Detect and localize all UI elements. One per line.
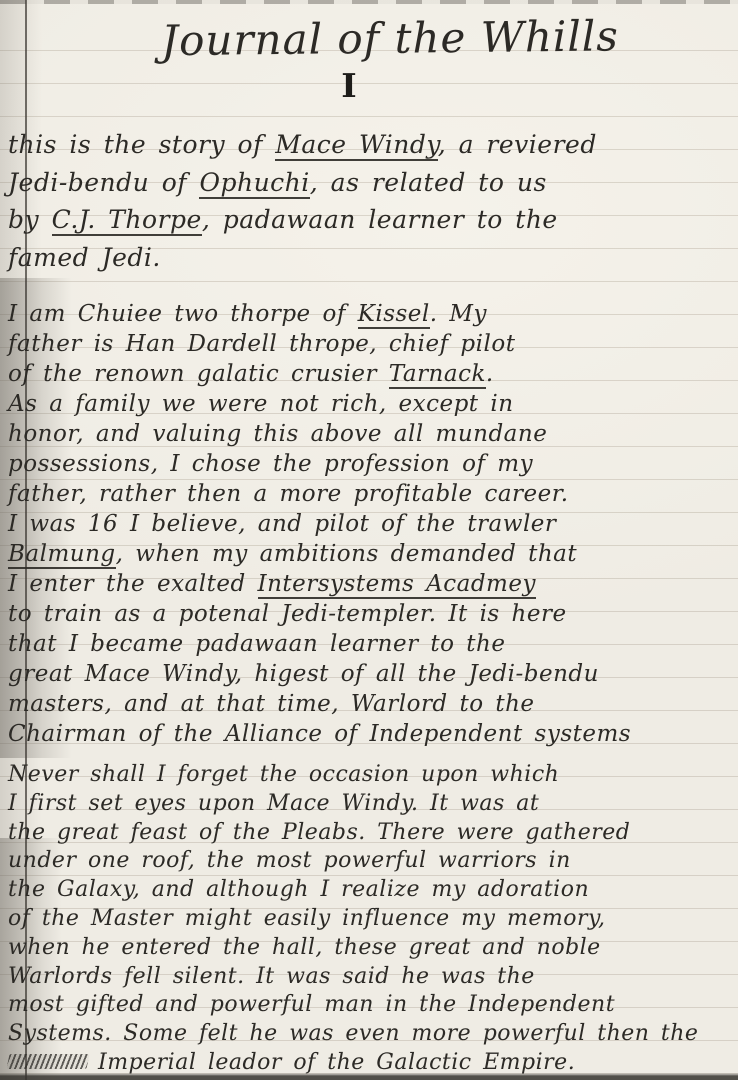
handwritten-line: I enter the exalted Intersystems Acadmey — [8, 569, 736, 599]
paragraph-feast-of-pleabs: Never shall I forget the occasion upon w… — [8, 761, 736, 1078]
handwritten-line: the Galaxy, and although I realize my ad… — [8, 876, 736, 905]
handwritten-line: Balmung, when my ambitions demanded that — [8, 539, 736, 569]
text-segment: I am Chuiee two thorpe of — [8, 301, 358, 327]
handwritten-line: I first set eyes upon Mace Windy. It was… — [8, 790, 736, 819]
handwritten-line: father is Han Dardell thrope, chief pilo… — [8, 329, 736, 359]
text-segment: of the Master might easily influence my … — [8, 906, 605, 931]
chapter-numeral: I — [0, 66, 700, 105]
text-segment: under one roof, the most powerful warrio… — [8, 848, 571, 873]
top-scan-artifact — [0, 0, 738, 4]
handwritten-line: most gifted and powerful man in the Inde… — [8, 991, 736, 1020]
underlined-text: Tarnack — [389, 361, 486, 389]
text-segment: possessions, I chose the profession of m… — [8, 451, 533, 477]
journal-page: Journal of the Whills I this is the stor… — [0, 0, 738, 1080]
page-title: Journal of the Whills — [0, 10, 738, 67]
text-segment: of the renown galatic crusier — [8, 361, 389, 387]
text-segment: by — [8, 205, 52, 234]
handwritten-line: Warlords fell silent. It was said he was… — [8, 963, 736, 992]
text-segment: when he entered the hall, these great an… — [8, 935, 601, 960]
handwritten-line: that I became padawaan learner to the — [8, 629, 736, 659]
handwritten-line: to train as a potenal Jedi-templer. It i… — [8, 599, 736, 629]
handwritten-line: Never shall I forget the occasion upon w… — [8, 761, 736, 790]
text-segment: , a reviered — [438, 130, 597, 159]
underlined-text: Intersystems Acadmey — [258, 571, 536, 599]
paragraph-narrator-history: I am Chuiee two thorpe of Kissel. Myfath… — [8, 299, 736, 749]
handwritten-line: famed Jedi. — [8, 239, 736, 277]
handwritten-line: the great feast of the Pleabs. There wer… — [8, 819, 736, 848]
text-segment: Chairman of the Alliance of Independent … — [8, 721, 631, 747]
handwritten-line: masters, and at that time, Warlord to th… — [8, 689, 736, 719]
handwritten-line: Systems. Some felt he was even more powe… — [8, 1020, 736, 1049]
handwritten-line: under one roof, the most powerful warrio… — [8, 847, 736, 876]
paragraph-introduction: this is the story of Mace Windy, a revie… — [8, 126, 736, 276]
text-segment: I was 16 I believe, and pilot of the tra… — [8, 511, 556, 537]
text-segment: Jedi-bendu of — [8, 168, 199, 197]
text-segment: great Mace Windy, higest of all the Jedi… — [8, 661, 599, 687]
text-segment: Warlords fell silent. It was said he was… — [8, 964, 535, 989]
text-segment: Systems. Some felt he was even more powe… — [8, 1021, 698, 1046]
underlined-text: Kissel — [358, 301, 430, 329]
text-segment: I first set eyes upon Mace Windy. It was… — [8, 791, 539, 816]
handwritten-line: Imperial leador of the Galactic Empire. — [8, 1049, 736, 1078]
text-segment: honor, and valuing this above all mundan… — [8, 421, 547, 447]
text-segment: As a family we were not rich, except in — [8, 391, 514, 417]
text-segment: , padawaan learner to the — [202, 205, 558, 234]
handwritten-line: Chairman of the Alliance of Independent … — [8, 719, 736, 749]
handwritten-line: As a family we were not rich, except in — [8, 389, 736, 419]
handwritten-line: by C.J. Thorpe, padawaan learner to the — [8, 201, 736, 239]
text-segment: famed Jedi. — [8, 243, 161, 272]
handwritten-line: of the Master might easily influence my … — [8, 905, 736, 934]
text-segment: . — [486, 361, 494, 387]
handwritten-line: great Mace Windy, higest of all the Jedi… — [8, 659, 736, 689]
text-segment: , as related to us — [310, 168, 547, 197]
text-segment: most gifted and powerful man in the Inde… — [8, 992, 615, 1017]
text-segment: father, rather then a more profitable ca… — [8, 481, 569, 507]
text-segment: this is the story of — [8, 130, 275, 159]
handwritten-line: Jedi-bendu of Ophuchi, as related to us — [8, 164, 736, 202]
handwritten-line: honor, and valuing this above all mundan… — [8, 419, 736, 449]
underlined-text: Ophuchi — [199, 168, 309, 199]
handwritten-line: when he entered the hall, these great an… — [8, 934, 736, 963]
text-segment: Imperial leador of the Galactic Empire. — [98, 1050, 575, 1075]
text-segment: father is Han Dardell thrope, chief pilo… — [8, 331, 515, 357]
handwritten-line: father, rather then a more profitable ca… — [8, 479, 736, 509]
text-segment: the great feast of the Pleabs. There wer… — [8, 820, 630, 845]
underlined-text: C.J. Thorpe — [52, 205, 202, 236]
handwritten-line: possessions, I chose the profession of m… — [8, 449, 736, 479]
handwritten-line: I was 16 I believe, and pilot of the tra… — [8, 509, 736, 539]
text-segment: I enter the exalted — [8, 571, 258, 597]
text-segment: that I became padawaan learner to the — [8, 631, 505, 657]
crossed-out-scribble — [6, 1054, 89, 1069]
text-segment: to train as a potenal Jedi-templer. It i… — [8, 601, 567, 627]
underlined-text: Balmung — [8, 541, 116, 569]
text-segment: masters, and at that time, Warlord to th… — [8, 691, 535, 717]
text-segment: Never shall I forget the occasion upon w… — [8, 762, 559, 787]
handwritten-line: I am Chuiee two thorpe of Kissel. My — [8, 299, 736, 329]
text-segment: , when my ambitions demanded that — [116, 541, 578, 567]
handwritten-line: of the renown galatic crusier Tarnack. — [8, 359, 736, 389]
text-segment: . My — [430, 301, 487, 327]
handwritten-line: this is the story of Mace Windy, a revie… — [8, 126, 736, 164]
text-segment: the Galaxy, and although I realize my ad… — [8, 877, 589, 902]
underlined-text: Mace Windy — [275, 130, 437, 161]
